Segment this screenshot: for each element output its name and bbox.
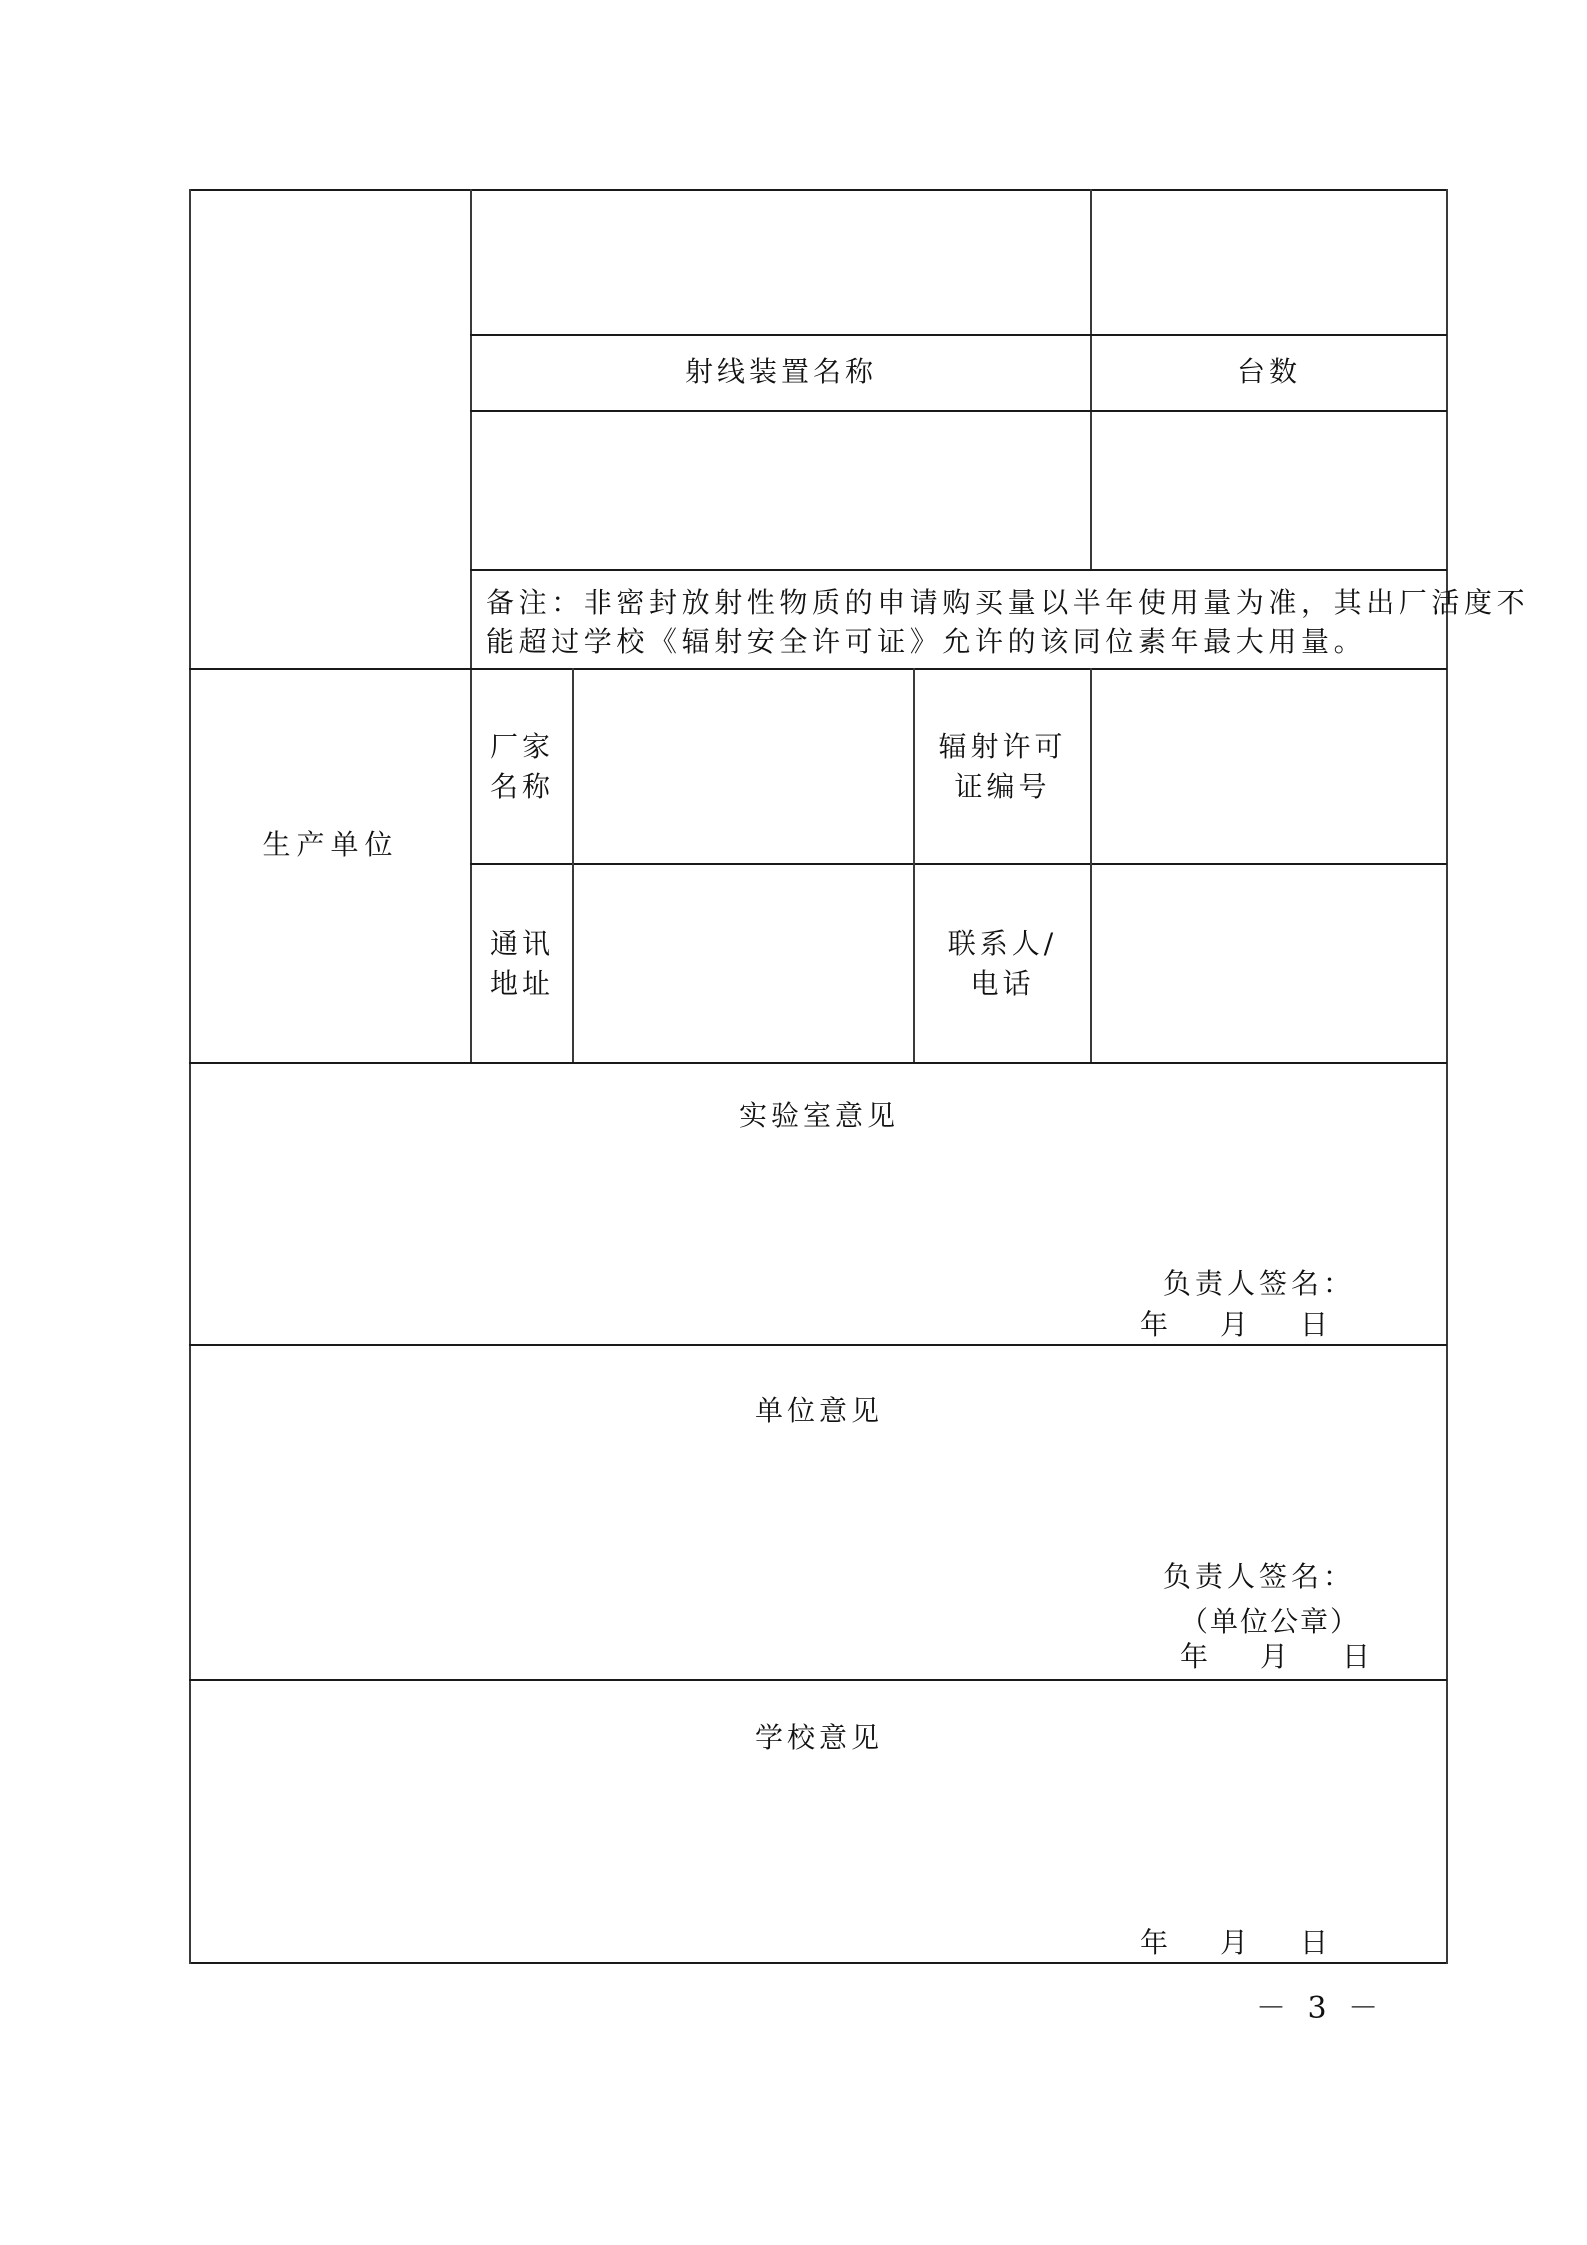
company-name-field[interactable] xyxy=(574,670,912,862)
lab-date-day: 日 xyxy=(1300,1305,1332,1345)
device-count-field[interactable] xyxy=(1092,412,1445,568)
table-border-left xyxy=(189,189,191,1964)
address-label-line1: 通讯 xyxy=(472,924,572,964)
license-number-field[interactable] xyxy=(1092,670,1445,862)
page-number: － 3 － xyxy=(1256,1989,1384,2029)
isotope-quantity-field[interactable] xyxy=(1092,191,1445,333)
lab-date-month: 月 xyxy=(1220,1305,1252,1345)
form-page: 射线装置名称 台数 备注：非密封放射性物质的申请购买量以半年使用量为准，其出厂活… xyxy=(0,0,1587,2245)
device-count-header: 台数 xyxy=(1092,352,1446,392)
remarks-top-line xyxy=(470,569,1447,571)
school-date-month: 月 xyxy=(1220,1923,1252,1963)
lab-opinion-title: 实验室意见 xyxy=(191,1096,1447,1136)
school-opinion-field[interactable] xyxy=(191,1770,1445,1900)
license-number-label-line2: 证编号 xyxy=(915,767,1090,807)
remarks-line-1: 备注：非密封放射性物质的申请购买量以半年使用量为准，其出厂活度不 xyxy=(486,583,1529,623)
lab-signature-label: 负责人签名： xyxy=(1163,1264,1355,1304)
address-field[interactable] xyxy=(574,865,912,1061)
producer-section-label: 生产单位 xyxy=(191,825,470,865)
school-opinion-top-line xyxy=(189,1679,1447,1681)
school-opinion-title: 学校意见 xyxy=(191,1718,1447,1758)
isotope-entry-field[interactable] xyxy=(472,191,1089,333)
unit-opinion-top-line xyxy=(189,1344,1447,1346)
unit-date-month: 月 xyxy=(1260,1637,1292,1677)
contact-field[interactable] xyxy=(1092,865,1445,1061)
contact-label-line2: 电话 xyxy=(915,964,1090,1004)
address-label-line2: 地址 xyxy=(472,964,572,1004)
school-date-day: 日 xyxy=(1300,1923,1332,1963)
device-header-top-line xyxy=(470,334,1447,336)
remarks-line-2: 能超过学校《辐射安全许可证》允许的该同位素年最大用量。 xyxy=(486,622,1366,662)
device-name-header: 射线装置名称 xyxy=(472,352,1090,392)
lab-opinion-top-line xyxy=(189,1062,1447,1064)
table-border-bottom xyxy=(189,1962,1447,1964)
contact-label-line1: 联系人/ xyxy=(915,924,1090,964)
unit-date-year: 年 xyxy=(1180,1637,1212,1677)
license-number-label-line1: 辐射许可 xyxy=(915,727,1090,767)
company-name-label-line1: 厂家 xyxy=(472,727,572,767)
company-name-label-line2: 名称 xyxy=(472,767,572,807)
school-date-year: 年 xyxy=(1140,1923,1172,1963)
unit-opinion-title: 单位意见 xyxy=(191,1391,1447,1431)
unit-opinion-field[interactable] xyxy=(191,1440,1445,1550)
lab-opinion-field[interactable] xyxy=(191,1140,1445,1260)
table-border-right xyxy=(1446,189,1448,1964)
unit-stamp-label: （单位公章） xyxy=(1180,1602,1360,1642)
unit-signature-label: 负责人签名： xyxy=(1163,1557,1355,1597)
unit-date-day: 日 xyxy=(1342,1637,1374,1677)
lab-date-year: 年 xyxy=(1140,1305,1172,1345)
device-name-field[interactable] xyxy=(472,412,1089,568)
